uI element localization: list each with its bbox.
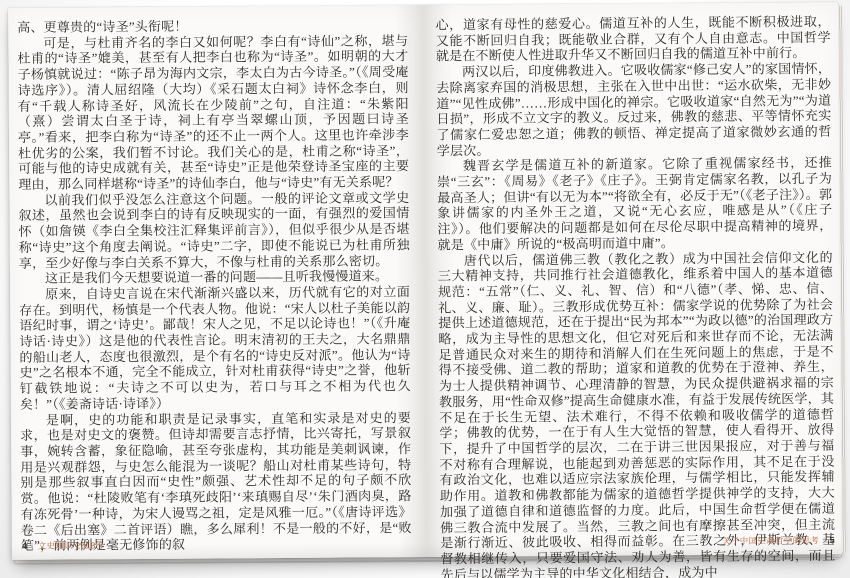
left-page-footer: 4|文史知识 2018.3 — [22, 540, 104, 551]
left-page-text: 高、更尊贵的“诗圣”头衔呢！ 可是，与杜甫齐名的李白又如何呢？李白有“诗仙”之称… — [17, 17, 412, 554]
page-number: 5 — [829, 535, 834, 545]
right-page: 心，道家有母性的慈爱心。儒道互补的人生，既能不断积极进取，又能不断回归自我；既能… — [423, 2, 842, 557]
paragraph: 魏晋玄学是儒道互补的新道家。它除了重视儒家经书，还推崇“三玄”：《周易》《老子》… — [437, 155, 833, 253]
paragraph: 两汉以后，印度佛教进入。它吸收儒家“修己安人”的家国情怀，去除离家弃国的消极思想… — [436, 61, 832, 159]
book-spread: 高、更尊贵的“诗圣”头衔呢！ 可是，与杜甫齐名的李白又如何呢？李白有“诗仙”之称… — [8, 2, 842, 560]
paragraph: 原来，自诗史言说在宋代渐渐兴盛以来，历代就有它的对立面存在。到明代，杨慎是一个代… — [19, 284, 411, 412]
left-page: 高、更尊贵的“诗圣”头衔呢！ 可是，与杜甫齐名的李白又如何呢？李白有“诗仙”之称… — [8, 5, 427, 560]
paragraph: 是啊，史的功能和职责是记录事实，直笔和实录是对史的要求，也是对史文的褒赞。但诗却… — [20, 410, 412, 554]
paragraph: 以前我们似乎没怎么注意这个问题。一般的评论文章或文学史叙述，虽然也会说到李白的诗… — [18, 190, 410, 271]
footer-divider: | — [823, 535, 826, 545]
journal-title: 文史知识 2018.3 — [38, 540, 104, 550]
right-page-footer: 关于中国生命哲学的思考|5 — [722, 535, 835, 546]
photo-scene: 高、更尊贵的“诗圣”头衔呢！ 可是，与杜甫齐名的李白又如何呢？李白有“诗仙”之称… — [0, 0, 850, 578]
page-number: 4 — [22, 541, 27, 551]
right-page-text: 心，道家有母性的慈爱心。儒道互补的人生，既能不断积极进取，又能不断回归自我；既能… — [436, 14, 836, 578]
article-title-footer: 关于中国生命哲学的思考 — [722, 535, 819, 546]
paragraph: 心，道家有母性的慈爱心。儒道互补的人生，既能不断积极进取，又能不断回归自我；既能… — [436, 14, 831, 65]
paragraph: 唐代以后，儒道佛三教（教化之教）成为中国社会信仰文化的三大精神支持，共同推行社会… — [438, 249, 836, 578]
paragraph: 可是，与杜甫齐名的李白又如何呢？李白有“诗仙”之称，堪与杜甫的“诗圣”媲美，甚至… — [17, 33, 409, 193]
footer-divider: | — [31, 541, 34, 551]
